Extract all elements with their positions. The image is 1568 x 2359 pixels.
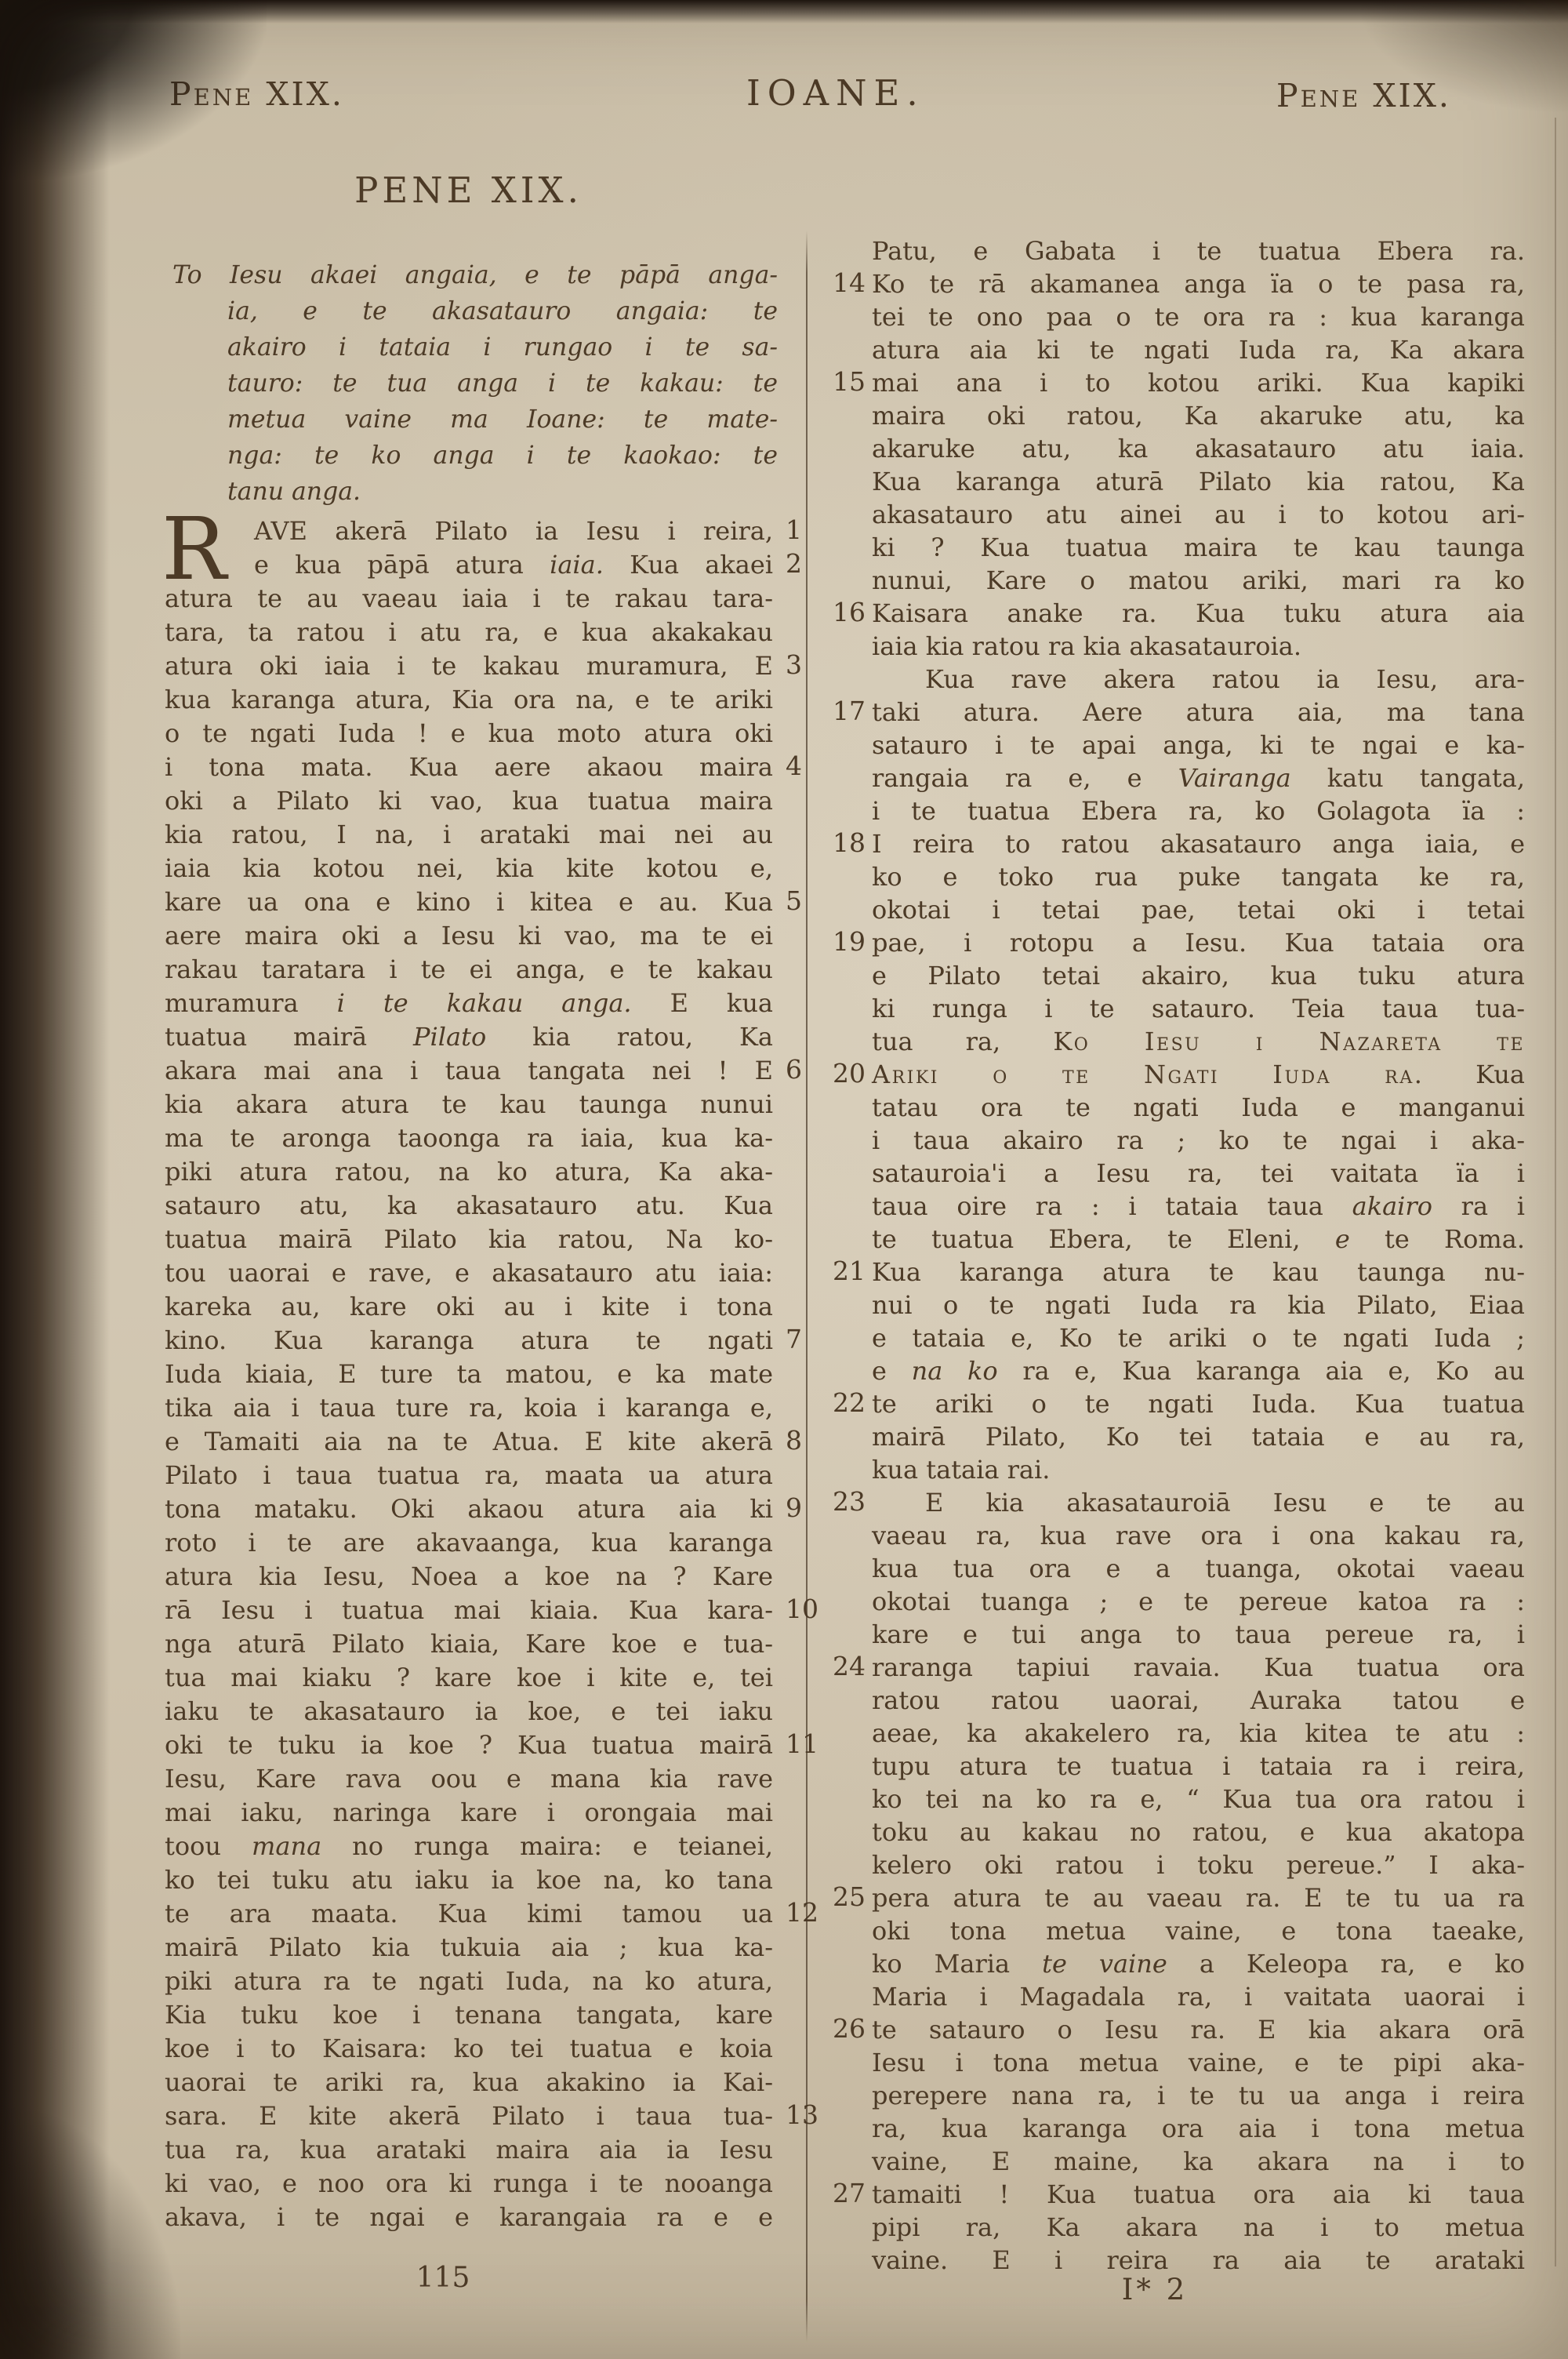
line-text: Kua karanga atura te kau taunga nu-: [872, 1256, 1525, 1289]
line-text: AVE akerā Pilato ia Iesu i reira,: [165, 514, 773, 548]
line-text: satauro i te apai anga, ki te ngai e ka-: [872, 729, 1525, 761]
text-line: ki vao, e noo ora ki runga i te nooanga: [165, 2167, 773, 2201]
line-text: Maria i Magadala ra, i vaitata uaorai i: [872, 1980, 1525, 2013]
text-line: e na ko ra e, Kua karanga aia e, Ko au: [872, 1354, 1525, 1387]
verse-number: 20: [825, 1058, 866, 1089]
verse-number: 10: [786, 1594, 833, 1624]
text-line: Iuda kiaia, E ture ta matou, e ka mate: [165, 1358, 773, 1391]
text-line: muramura i te kakau anga. E kua: [165, 987, 773, 1020]
line-text: te tuatua Ebera, te Eleni, e te Roma.: [872, 1223, 1525, 1256]
line-text: taua oire ra : i tataia taua akairo ra i: [872, 1190, 1525, 1223]
line-text: i tona mata. Kua aere akaou maira: [165, 751, 773, 784]
text-line: kare e tui anga to taua pereue ra, i: [872, 1618, 1525, 1651]
text-line: 9tona mataku. Oki akaou atura aia ki: [165, 1492, 773, 1526]
line-text: pipi ra, Ka akara na i to metua: [872, 2211, 1525, 2244]
line-text: te ara maata. Kua kimi tamou ua: [165, 1897, 773, 1931]
text-line: satauro i te apai anga, ki te ngai e ka-: [872, 729, 1525, 761]
text-line: ko tei na ko ra e, “ Kua tua ora ratou i: [872, 1783, 1525, 1816]
text-line: 19pae, i rotopu a Iesu. Kua tataia ora: [872, 926, 1525, 959]
line-text: kua tataia rai.: [872, 1453, 1525, 1486]
text-line: ra, kua karanga ora aia i tona metua: [872, 2112, 1525, 2145]
verse-number: 24: [825, 1651, 866, 1681]
running-head-title: IOANE.: [746, 72, 925, 114]
line-text: mai iaku, naringa kare i orongaia mai: [165, 1796, 773, 1830]
text-line: piki atura ratou, na ko atura, Ka aka-: [165, 1155, 773, 1189]
text-line: Maria i Magadala ra, i vaitata uaorai i: [872, 1980, 1525, 2013]
line-text: vaeau ra, kua rave ora i ona kakau ra,: [872, 1519, 1525, 1552]
right-text-column: Patu, e Gabata i te tuatua Ebera ra.14Ko…: [872, 234, 1525, 2277]
line-text: atura kia Iesu, Noea a koe na ? Kare: [165, 1560, 773, 1594]
line-text: nunui, Kare o matou ariki, mari ra ko: [872, 564, 1525, 597]
line-text: tamaiti ! Kua tuatua ora aia ki taua: [872, 2178, 1525, 2211]
text-line: 4i tona mata. Kua aere akaou maira: [165, 751, 773, 784]
text-line: uaorai te ariki ra, kua akakino ia Kai-: [165, 2066, 773, 2099]
line-text: pera atura te au vaeau ra. E te tu ua ra: [872, 1881, 1525, 1914]
text-line: koe i to Kaisara: ko tei tuatua e koia: [165, 2032, 773, 2066]
line-text: tuatua mairā Pilato kia ratou, Ka: [165, 1020, 773, 1054]
text-line: e tataia e, Ko te ariki o te ngati Iuda …: [872, 1321, 1525, 1354]
line-text: tona mataku. Oki akaou atura aia ki: [165, 1492, 773, 1526]
line-text: E kia akasatauroiā Iesu e te au: [872, 1486, 1525, 1519]
verse-number: 25: [825, 1881, 866, 1912]
line-text: okotai tuanga ; e te pereue katoa ra :: [872, 1585, 1525, 1618]
text-line: mairā Pilato, Ko tei tataia e au ra,: [872, 1420, 1525, 1453]
line-text: metua vaine ma Ioane: te mate-: [172, 402, 778, 438]
text-line: 13sara. E kite akerā Pilato i taua tua-: [165, 2099, 773, 2133]
line-text: tou uaorai e rave, e akasatauro atu iaia…: [165, 1256, 773, 1290]
verse-number: 13: [786, 2099, 833, 2130]
line-text: tupu atura te tuatua i tataia ra i reira…: [872, 1750, 1525, 1783]
line-text: roto i te are akavaanga, kua karanga: [165, 1526, 773, 1560]
line-text: kia ratou, I na, i arataki mai nei au: [165, 818, 773, 852]
line-text: ki runga i te satauro. Teia taua tua-: [872, 992, 1525, 1025]
text-line: metua vaine ma Ioane: te mate-: [172, 402, 778, 438]
column-divider-rule: [806, 231, 808, 2342]
text-line: mai iaku, naringa kare i orongaia mai: [165, 1796, 773, 1830]
text-line: taua oire ra : i tataia taua akairo ra i: [872, 1190, 1525, 1223]
text-line: 22te ariki o te ngati Iuda. Kua tuatua: [872, 1387, 1525, 1420]
verse-number: 5: [786, 885, 833, 916]
text-line: nui o te ngati Iuda ra kia Pilato, Eiaa: [872, 1289, 1525, 1321]
line-text: vaine. E i reira ra aia te arataki: [872, 2244, 1525, 2277]
left-text-column: 1AVE akerā Pilato ia Iesu i reira,R2e ku…: [165, 514, 773, 2234]
line-text: ko e toko rua puke tangata ke ra,: [872, 860, 1525, 893]
text-line: 7kino. Kua karanga atura te ngati: [165, 1324, 773, 1358]
text-line: pipi ra, Ka akara na i to metua: [872, 2211, 1525, 2244]
line-text: atura te au vaeau iaia i te rakau tara-: [165, 582, 773, 616]
text-line: perepere nana ra, i te tu ua anga i reir…: [872, 2079, 1525, 2112]
line-text: o te ngati Iuda ! e kua moto atura oki: [165, 717, 773, 751]
line-text: tua mai kiaku ? kare koe i kite e, tei: [165, 1661, 773, 1695]
line-text: e Tamaiti aia na te Atua. E kite akerā: [165, 1425, 773, 1459]
verse-number: 16: [825, 597, 866, 627]
text-line: mairā Pilato kia tukuia aia ; kua ka-: [165, 1931, 773, 1965]
line-text: To Iesu akaei angaia, e te pāpā anga-: [172, 257, 778, 293]
line-text: ia, e te akasatauro angaia: te: [172, 293, 778, 329]
verse-number: 8: [786, 1425, 833, 1456]
line-text: rakau taratara i te ei anga, e te kakau: [165, 953, 773, 987]
line-text: okotai i tetai pae, tetai oki i tetai: [872, 893, 1525, 926]
line-text: nui o te ngati Iuda ra kia Pilato, Eiaa: [872, 1289, 1525, 1321]
line-text: ki vao, e noo ora ki runga i te nooanga: [165, 2167, 773, 2201]
text-line: aere maira oki a Iesu ki vao, ma te ei: [165, 919, 773, 953]
verse-number: 22: [825, 1387, 866, 1418]
small-caps-text: Ko Iesu i Nazareta te: [1053, 1027, 1525, 1056]
small-caps-text: Ariki o te Ngati Iuda ra.: [872, 1060, 1424, 1089]
line-text: raranga tapiui ravaia. Kua tuatua ora: [872, 1651, 1525, 1684]
verse-number: 23: [825, 1486, 866, 1517]
line-text: aere maira oki a Iesu ki vao, ma te ei: [165, 919, 773, 953]
text-line: nga: te ko anga i te kaokao: te: [172, 438, 778, 474]
text-line: oki a Pilato ki vao, kua tuatua maira: [165, 784, 773, 818]
line-text: Kua rave akera ratou ia Iesu, ara-: [872, 663, 1525, 696]
text-line: 27tamaiti ! Kua tuatua ora aia ki taua: [872, 2178, 1525, 2211]
text-line: akairo i tataia i rungao i te sa-: [172, 329, 778, 365]
running-head-left: Pene XIX.: [169, 75, 344, 113]
line-text: satauroia'i a Iesu ra, tei vaitata ïa i: [872, 1157, 1525, 1190]
line-text: e Pilato tetai akairo, kua tuku atura: [872, 959, 1525, 992]
line-text: kua karanga atura, Kia ora na, e te arik…: [165, 683, 773, 717]
text-line: okotai tuanga ; e te pereue katoa ra :: [872, 1585, 1525, 1618]
text-line: rangaia ra e, e Vairanga katu tangata,: [872, 761, 1525, 794]
text-line: Patu, e Gabata i te tuatua Ebera ra.: [872, 234, 1525, 267]
verse-number: 3: [786, 649, 833, 680]
verse-number: 18: [825, 827, 866, 858]
text-line: 6akara mai ana i taua tangata nei ! E: [165, 1054, 773, 1088]
text-line: toou mana no runga maira: e teianei,: [165, 1830, 773, 1863]
text-line: ki runga i te satauro. Teia taua tua-: [872, 992, 1525, 1025]
text-line: 23E kia akasatauroiā Iesu e te au: [872, 1486, 1525, 1519]
line-text: mairā Pilato kia tukuia aia ; kua ka-: [165, 1931, 773, 1965]
line-text: Ko te rā akamanea anga ïa o te pasa ra,: [872, 267, 1525, 300]
line-text: tei te ono paa o te ora ra : kua karanga: [872, 300, 1525, 333]
line-text: sara. E kite akerā Pilato i taua tua-: [165, 2099, 773, 2133]
line-text: te satauro o Iesu ra. E kia akara orā: [872, 2013, 1525, 2046]
verse-number: 7: [786, 1324, 833, 1354]
chapter-title: PENE XIX.: [165, 169, 772, 211]
line-text: maira oki ratou, Ka akaruke atu, ka: [872, 399, 1525, 432]
text-line: aeae, ka akakelero ra, kia kitea te atu …: [872, 1717, 1525, 1750]
line-text: oki te tuku ia koe ? Kua tuatua mairā: [165, 1728, 773, 1762]
text-line: kelero oki ratou i toku pereue.” I aka-: [872, 1848, 1525, 1881]
line-text: perepere nana ra, i te tu ua anga i reir…: [872, 2079, 1525, 2112]
text-line: ma te aronga taoonga ra iaia, kua ka-: [165, 1121, 773, 1155]
text-line: atura aia ki te ngati Iuda ra, Ka akara: [872, 333, 1525, 366]
line-text: taki atura. Aere atura aia, ma tana: [872, 696, 1525, 729]
line-text: tanu anga.: [172, 474, 778, 510]
book-page-scan: Pene XIX. IOANE. Pene XIX. PENE XIX. To …: [0, 0, 1568, 2359]
verse-number: 27: [825, 2178, 866, 2208]
text-line: tei te ono paa o te ora ra : kua karanga: [872, 300, 1525, 333]
line-text: e kua pāpā atura iaia. Kua akaei: [165, 548, 773, 582]
line-text: kareka au, kare oki au i kite i tona: [165, 1290, 773, 1324]
text-line: kia ratou, I na, i arataki mai nei au: [165, 818, 773, 852]
line-text: i taua akairo ra ; ko te ngai i aka-: [872, 1124, 1525, 1157]
line-text: oki tona metua vaine, e tona taeake,: [872, 1914, 1525, 1947]
text-line: oki tona metua vaine, e tona taeake,: [872, 1914, 1525, 1947]
text-line: rakau taratara i te ei anga, e te kakau: [165, 953, 773, 987]
text-line: ia, e te akasatauro angaia: te: [172, 293, 778, 329]
text-line: tua ra, kua arataki maira aia ia Iesu: [165, 2133, 773, 2167]
line-text: kino. Kua karanga atura te ngati: [165, 1324, 773, 1358]
line-text: akasatauro atu ainei au i to kotou ari-: [872, 498, 1525, 531]
photo-edge-top: [0, 0, 1568, 24]
line-text: atura aia ki te ngati Iuda ra, Ka akara: [872, 333, 1525, 366]
text-line: tua ra, Ko Iesu i Nazareta te: [872, 1025, 1525, 1058]
text-line: 26te satauro o Iesu ra. E kia akara orā: [872, 2013, 1525, 2046]
text-line: Kua karanga aturā Pilato kia ratou, Ka: [872, 465, 1525, 498]
text-line: tauro: te tua anga i te kakau: te: [172, 365, 778, 402]
text-line: e Pilato tetai akairo, kua tuku atura: [872, 959, 1525, 992]
page-number: 115: [165, 2262, 721, 2294]
line-text: kelero oki ratou i toku pereue.” I aka-: [872, 1848, 1525, 1881]
text-line: okotai i tetai pae, tetai oki i tetai: [872, 893, 1525, 926]
text-line: o te ngati Iuda ! e kua moto atura oki: [165, 717, 773, 751]
text-line: 12te ara maata. Kua kimi tamou ua: [165, 1897, 773, 1931]
text-line: 15mai ana i to kotou ariki. Kua kapiki: [872, 366, 1525, 399]
line-text: ratou ratou uaorai, Auraka tatou e: [872, 1684, 1525, 1717]
verse-number: 11: [786, 1728, 833, 1759]
line-text: aeae, ka akakelero ra, kia kitea te atu …: [872, 1717, 1525, 1750]
text-line: 17taki atura. Aere atura aia, ma tana: [872, 696, 1525, 729]
text-line: kua tataia rai.: [872, 1453, 1525, 1486]
text-line: kia akara atura te kau taunga nunui: [165, 1088, 773, 1121]
text-line: iaia kia kotou nei, kia kite kotou e,: [165, 852, 773, 885]
line-text: Patu, e Gabata i te tuatua Ebera ra.: [872, 234, 1525, 267]
line-text: Kaisara anake ra. Kua tuku atura aia: [872, 597, 1525, 630]
text-line: atura kia Iesu, Noea a koe na ? Kare: [165, 1560, 773, 1594]
text-line: Iesu, Kare rava oou e mana kia rave: [165, 1762, 773, 1796]
line-text: vaine, E maine, ka akara na i to: [872, 2145, 1525, 2178]
line-text: tua ra, kua arataki maira aia ia Iesu: [165, 2133, 773, 2167]
text-line: ko e toko rua puke tangata ke ra,: [872, 860, 1525, 893]
line-text: I reira to ratou akasatauro anga iaia, e: [872, 827, 1525, 860]
page-edge-line: [1555, 118, 1556, 2266]
line-text: akara mai ana i taua tangata nei ! E: [165, 1054, 773, 1088]
text-line: kua tua ora e a tuanga, okotai vaeau: [872, 1552, 1525, 1585]
binding-shadow-left: [0, 0, 110, 2359]
line-text: rangaia ra e, e Vairanga katu tangata,: [872, 761, 1525, 794]
text-line: akava, i te ngai e karangaia ra e e: [165, 2201, 773, 2234]
line-text: Pilato i taua tuatua ra, maata ua atura: [165, 1459, 773, 1492]
text-line: 20Ariki o te Ngati Iuda ra. Kua: [872, 1058, 1525, 1091]
line-text: akaruke atu, ka akasatauro atu iaia.: [872, 432, 1525, 465]
line-text: satauro atu, ka akasatauro atu. Kua: [165, 1189, 773, 1223]
line-text: kia akara atura te kau taunga nunui: [165, 1088, 773, 1121]
verse-number: 1: [786, 514, 833, 545]
text-line: ko tei tuku atu iaku ia koe na, ko tana: [165, 1863, 773, 1897]
verse-number: 21: [825, 1256, 866, 1286]
text-line: 14Ko te rā akamanea anga ïa o te pasa ra…: [872, 267, 1525, 300]
text-line: tika aia i taua ture ra, koia i karanga …: [165, 1391, 773, 1425]
line-text: tara, ta ratou i atu ra, e kua akakakau: [165, 616, 773, 649]
line-text: nga: te ko anga i te kaokao: te: [172, 438, 778, 474]
text-line: akaruke atu, ka akasatauro atu iaia.: [872, 432, 1525, 465]
text-line: piki atura ra te ngati Iuda, na ko atura…: [165, 1965, 773, 1998]
text-line: vaine. E i reira ra aia te arataki: [872, 2244, 1525, 2277]
text-line: ko Maria te vaine a Keleopa ra, e ko: [872, 1947, 1525, 1980]
line-text: uaorai te ariki ra, kua akakino ia Kai-: [165, 2066, 773, 2099]
text-line: tatau ora te ngati Iuda e manganui: [872, 1091, 1525, 1124]
text-line: ratou ratou uaorai, Auraka tatou e: [872, 1684, 1525, 1717]
text-line: ki ? Kua tuatua maira te kau taunga: [872, 531, 1525, 564]
text-line: tuatua mairā Pilato kia ratou, Na ko-: [165, 1223, 773, 1256]
line-text: te ariki o te ngati Iuda. Kua tuatua: [872, 1387, 1525, 1420]
line-text: ra, kua karanga ora aia i tona metua: [872, 2112, 1525, 2145]
chapter-summary: To Iesu akaei angaia, e te pāpā anga-ia,…: [172, 257, 778, 510]
text-line: tuatua mairā Pilato kia ratou, Ka: [165, 1020, 773, 1054]
line-text: toou mana no runga maira: e teianei,: [165, 1830, 773, 1863]
text-line: To Iesu akaei angaia, e te pāpā anga-: [172, 257, 778, 293]
line-text: ma te aronga taoonga ra iaia, kua ka-: [165, 1121, 773, 1155]
line-text: Iuda kiaia, E ture ta matou, e ka mate: [165, 1358, 773, 1391]
text-line: nunui, Kare o matou ariki, mari ra ko: [872, 564, 1525, 597]
text-line: Kia tuku koe i tenana tangata, kare: [165, 1998, 773, 2032]
line-text: piki atura ratou, na ko atura, Ka aka-: [165, 1155, 773, 1189]
text-line: tara, ta ratou i atu ra, e kua akakakau: [165, 616, 773, 649]
text-line: satauro atu, ka akasatauro atu. Kua: [165, 1189, 773, 1223]
text-line: 1AVE akerā Pilato ia Iesu i reira,R: [165, 514, 773, 548]
text-line: iaia kia ratou ra kia akasatauroia.: [872, 630, 1525, 663]
text-line: kareka au, kare oki au i kite i tona: [165, 1290, 773, 1324]
text-line: 8e Tamaiti aia na te Atua. E kite akerā: [165, 1425, 773, 1459]
line-text: kua tua ora e a tuanga, okotai vaeau: [872, 1552, 1525, 1585]
line-text: muramura i te kakau anga. E kua: [165, 987, 773, 1020]
text-line: 5kare ua ona e kino i kitea e au. Kua: [165, 885, 773, 919]
verse-number: 17: [825, 696, 866, 726]
line-text: mai ana i to kotou ariki. Kua kapiki: [872, 366, 1525, 399]
text-line: tou uaorai e rave, e akasatauro atu iaia…: [165, 1256, 773, 1290]
verse-number: 26: [825, 2013, 866, 2044]
line-text: rā Iesu i tuatua mai kiaia. Kua kara-: [165, 1594, 773, 1627]
line-text: piki atura ra te ngati Iuda, na ko atura…: [165, 1965, 773, 1998]
text-line: vaeau ra, kua rave ora i ona kakau ra,: [872, 1519, 1525, 1552]
line-text: tuatua mairā Pilato kia ratou, Na ko-: [165, 1223, 773, 1256]
line-text: tua ra, Ko Iesu i Nazareta te: [872, 1025, 1525, 1058]
text-line: 16Kaisara anake ra. Kua tuku atura aia: [872, 597, 1525, 630]
line-text: ki ? Kua tuatua maira te kau taunga: [872, 531, 1525, 564]
line-text: iaia kia kotou nei, kia kite kotou e,: [165, 852, 773, 885]
verse-number: 19: [825, 926, 866, 957]
text-line: vaine, E maine, ka akara na i to: [872, 2145, 1525, 2178]
line-text: mairā Pilato, Ko tei tataia e au ra,: [872, 1420, 1525, 1453]
line-text: tika aia i taua ture ra, koia i karanga …: [165, 1391, 773, 1425]
photo-corner-shadow-bl: [0, 2108, 180, 2359]
line-text: iaia kia ratou ra kia akasatauroia.: [872, 630, 1525, 663]
line-text: nga aturā Pilato kiaia, Kare koe e tua-: [165, 1627, 773, 1661]
verse-number: 14: [825, 267, 866, 298]
text-line: tupu atura te tuatua i tataia ra i reira…: [872, 1750, 1525, 1783]
text-line: 21Kua karanga atura te kau taunga nu-: [872, 1256, 1525, 1289]
text-line: i taua akairo ra ; ko te ngai i aka-: [872, 1124, 1525, 1157]
text-line: 24raranga tapiui ravaia. Kua tuatua ora: [872, 1651, 1525, 1684]
text-line: akasatauro atu ainei au i to kotou ari-: [872, 498, 1525, 531]
line-text: toku au kakau no ratou, e kua akatopa: [872, 1816, 1525, 1848]
line-text: Kua karanga aturā Pilato kia ratou, Ka: [872, 465, 1525, 498]
text-line: Iesu i tona metua vaine, e te pipi aka-: [872, 2046, 1525, 2079]
text-line: tua mai kiaku ? kare koe i kite e, tei: [165, 1661, 773, 1695]
line-text: ko tei na ko ra e, “ Kua tua ora ratou i: [872, 1783, 1525, 1816]
verse-number: 2: [786, 548, 833, 579]
line-text: ko Maria te vaine a Keleopa ra, e ko: [872, 1947, 1525, 1980]
line-text: atura oki iaia i te kakau muramura, E: [165, 649, 773, 683]
line-text: tatau ora te ngati Iuda e manganui: [872, 1091, 1525, 1124]
text-line: i te tuatua Ebera ra, ko Golagota ïa :: [872, 794, 1525, 827]
line-text: pae, i rotopu a Iesu. Kua tataia ora: [872, 926, 1525, 959]
line-text: Ariki o te Ngati Iuda ra. Kua: [872, 1058, 1525, 1091]
line-text: oki a Pilato ki vao, kua tuatua maira: [165, 784, 773, 818]
signature-mark: I* 2: [1037, 2273, 1272, 2306]
text-line: satauroia'i a Iesu ra, tei vaitata ïa i: [872, 1157, 1525, 1190]
text-line: nga aturā Pilato kiaia, Kare koe e tua-: [165, 1627, 773, 1661]
text-line: roto i te are akavaanga, kua karanga: [165, 1526, 773, 1560]
text-line: te tuatua Ebera, te Eleni, e te Roma.: [872, 1223, 1525, 1256]
text-line: tanu anga.: [172, 474, 778, 510]
line-text: tauro: te tua anga i te kakau: te: [172, 365, 778, 402]
text-line: 11oki te tuku ia koe ? Kua tuatua mairā: [165, 1728, 773, 1762]
line-text: akairo i tataia i rungao i te sa-: [172, 329, 778, 365]
line-text: iaku te akasatauro ia koe, e tei iaku: [165, 1695, 773, 1728]
text-line: maira oki ratou, Ka akaruke atu, ka: [872, 399, 1525, 432]
line-text: Iesu i tona metua vaine, e te pipi aka-: [872, 2046, 1525, 2079]
text-line: iaku te akasatauro ia koe, e tei iaku: [165, 1695, 773, 1728]
line-text: akava, i te ngai e karangaia ra e e: [165, 2201, 773, 2234]
text-line: 25pera atura te au vaeau ra. E te tu ua …: [872, 1881, 1525, 1914]
text-line: Kua rave akera ratou ia Iesu, ara-: [872, 663, 1525, 696]
text-line: 2e kua pāpā atura iaia. Kua akaei: [165, 548, 773, 582]
verse-number: 15: [825, 366, 866, 397]
line-text: koe i to Kaisara: ko tei tuatua e koia: [165, 2032, 773, 2066]
line-text: e na ko ra e, Kua karanga aia e, Ko au: [872, 1354, 1525, 1387]
line-text: Kia tuku koe i tenana tangata, kare: [165, 1998, 773, 2032]
line-text: ko tei tuku atu iaku ia koe na, ko tana: [165, 1863, 773, 1897]
text-line: 18I reira to ratou akasatauro anga iaia,…: [872, 827, 1525, 860]
text-line: kua karanga atura, Kia ora na, e te arik…: [165, 683, 773, 717]
line-text: e tataia e, Ko te ariki o te ngati Iuda …: [872, 1321, 1525, 1354]
line-text: kare ua ona e kino i kitea e au. Kua: [165, 885, 773, 919]
text-line: 10rā Iesu i tuatua mai kiaia. Kua kara-: [165, 1594, 773, 1627]
line-text: kare e tui anga to taua pereue ra, i: [872, 1618, 1525, 1651]
running-head-right: Pene XIX.: [1276, 77, 1451, 114]
text-line: 3atura oki iaia i te kakau muramura, E: [165, 649, 773, 683]
text-line: atura te au vaeau iaia i te rakau tara-: [165, 582, 773, 616]
verse-number: 4: [786, 751, 833, 781]
text-line: Pilato i taua tuatua ra, maata ua atura: [165, 1459, 773, 1492]
line-text: Iesu, Kare rava oou e mana kia rave: [165, 1762, 773, 1796]
text-line: toku au kakau no ratou, e kua akatopa: [872, 1816, 1525, 1848]
line-text: i te tuatua Ebera ra, ko Golagota ïa :: [872, 794, 1525, 827]
